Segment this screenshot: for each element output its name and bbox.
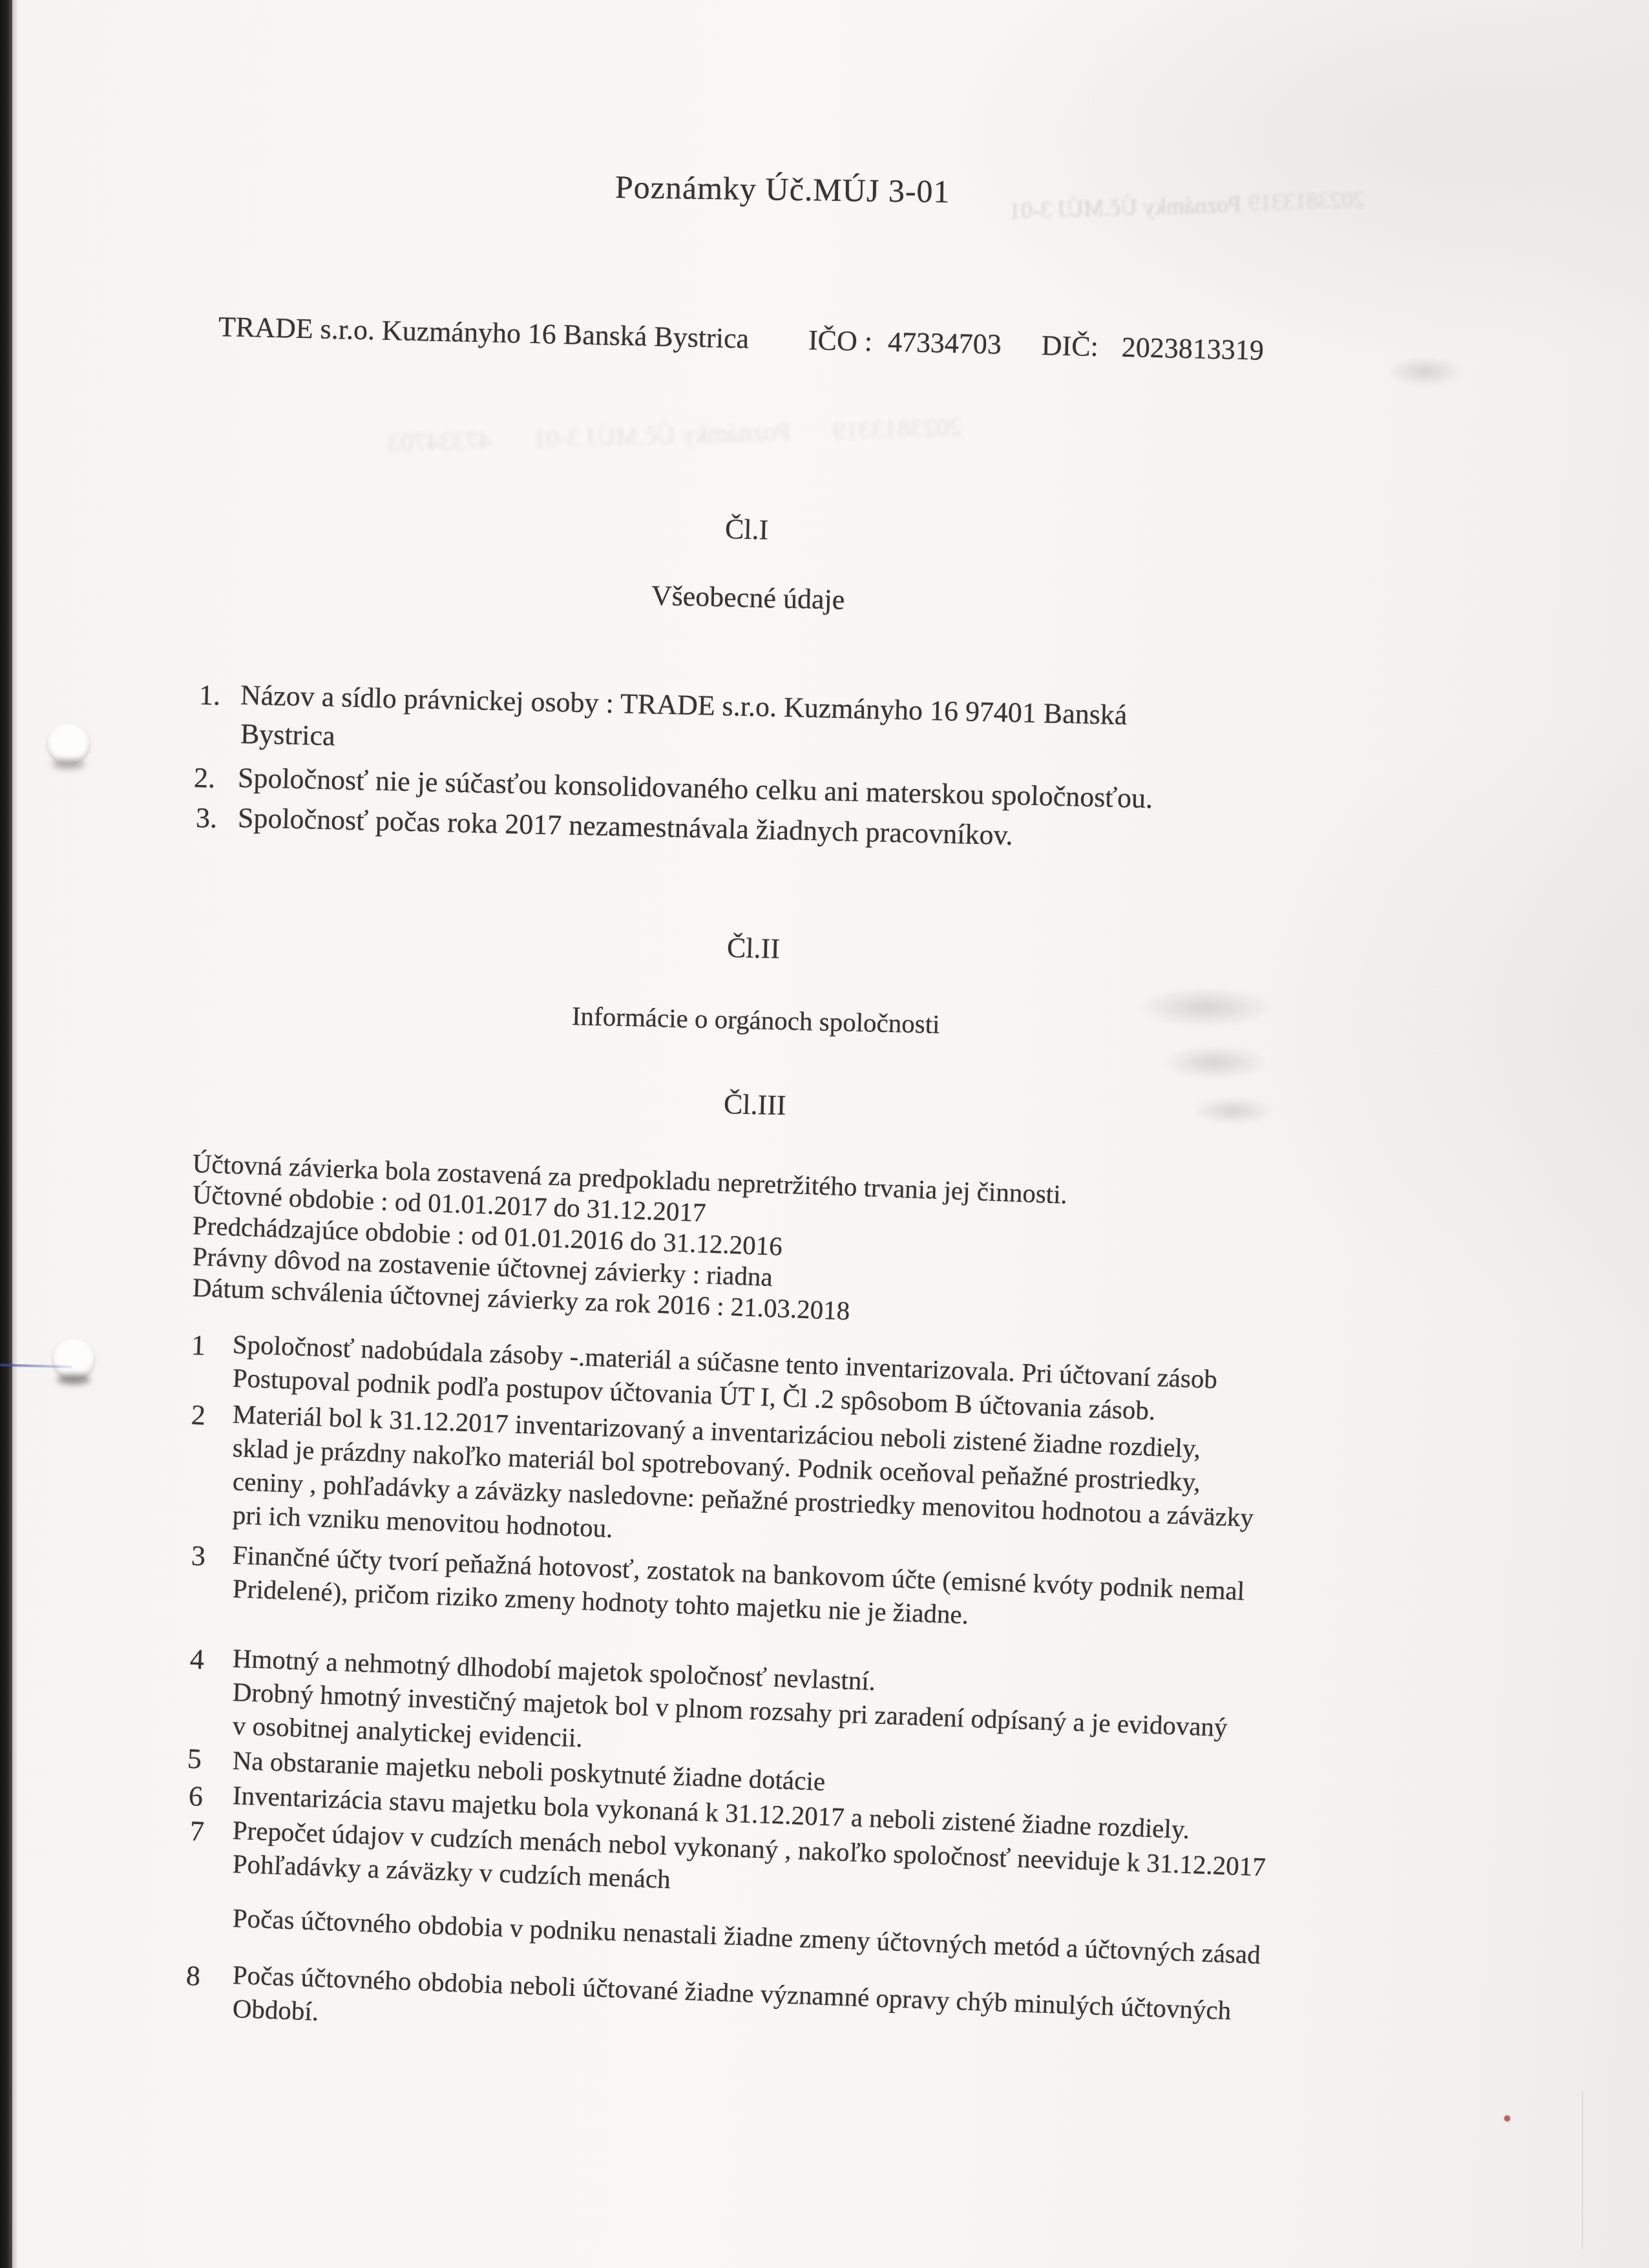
bleedthrough-fragment: 47334703	[388, 425, 492, 457]
list-number: 3.	[195, 803, 217, 834]
list-item-line: Spoločnosť počas roka 2017 nezamestnával…	[237, 803, 1013, 852]
ink-dot	[1504, 2116, 1510, 2121]
form-title: Poznámky Úč.MÚJ 3-01	[615, 169, 951, 209]
list-item-line: v osobitnej analytickej evidencii.	[232, 1711, 583, 1752]
bleedthrough-smudge	[1193, 1097, 1274, 1124]
list-number: 8	[185, 1960, 201, 1992]
list-number: 2	[191, 1400, 206, 1431]
list-item-line: Názov a sídlo právnickej osoby : TRADE s…	[240, 680, 1128, 731]
company-name-address: TRADE s.r.o. Kuzmányho 16 Banská Bystric…	[218, 311, 749, 355]
punch-hole	[47, 724, 90, 765]
list-number: 6	[188, 1781, 204, 1812]
list-number: 1.	[198, 680, 220, 711]
list-item-line: Počas účtovného obdobia v podniku nenast…	[232, 1904, 1261, 1969]
article2-title: Informácie o orgánoch spoločnosti	[571, 1002, 940, 1039]
list-number: 2.	[193, 762, 215, 794]
dic-value: 2023813319	[1121, 331, 1264, 366]
article1-title: Všeobecné údaje	[651, 580, 845, 616]
dic-label: DIČ:	[1041, 330, 1098, 362]
scanner-edge-strip	[0, 0, 12, 2268]
list-number: 5	[187, 1743, 202, 1775]
article1-heading: Čl.I	[724, 514, 768, 546]
article2-heading: Čl.II	[726, 932, 780, 965]
list-number: 1	[191, 1330, 206, 1361]
scanner-edge-shadow	[12, 0, 18, 2268]
list-item-line: Období.	[232, 1994, 319, 2026]
bleedthrough-smudge	[1162, 1045, 1268, 1079]
bleedthrough-fragment: 2023813319	[832, 412, 962, 445]
ico-value: 47334703	[887, 326, 1002, 361]
bleedthrough-text: 2023813319	[1248, 185, 1365, 216]
bleedthrough-smudge	[1137, 987, 1273, 1027]
bleedthrough-fragment: Poznámky Úč.MÚJ 3-01	[532, 417, 791, 453]
ico-label: IČO :	[808, 324, 872, 357]
scan-line-artifact	[1582, 2091, 1583, 2249]
bleedthrough-text: Poznámky Úč.MÚJ 3-01	[1009, 191, 1241, 224]
list-number: 4	[189, 1644, 205, 1675]
bleedthrough-smudge	[1388, 357, 1462, 386]
list-number: 3	[191, 1540, 206, 1572]
company-header-line: TRADE s.r.o. Kuzmányho 16 Banská Bystric…	[218, 311, 1264, 366]
list-item-line: Bystrica	[240, 719, 335, 752]
punch-hole	[52, 1339, 96, 1380]
scanned-document-page: Poznámky Úč.MÚJ 3-01 2023813319 20238133…	[0, 0, 1649, 2268]
article3-heading: Čl.III	[723, 1089, 786, 1122]
list-number: 7	[189, 1816, 205, 1847]
bleedthrough-text: 2023813319 Poznámky Úč.MÚJ 3-01 47334703	[352, 412, 963, 459]
list-item-line: Počas účtovného obdobia neboli účtované …	[232, 1960, 1232, 2025]
